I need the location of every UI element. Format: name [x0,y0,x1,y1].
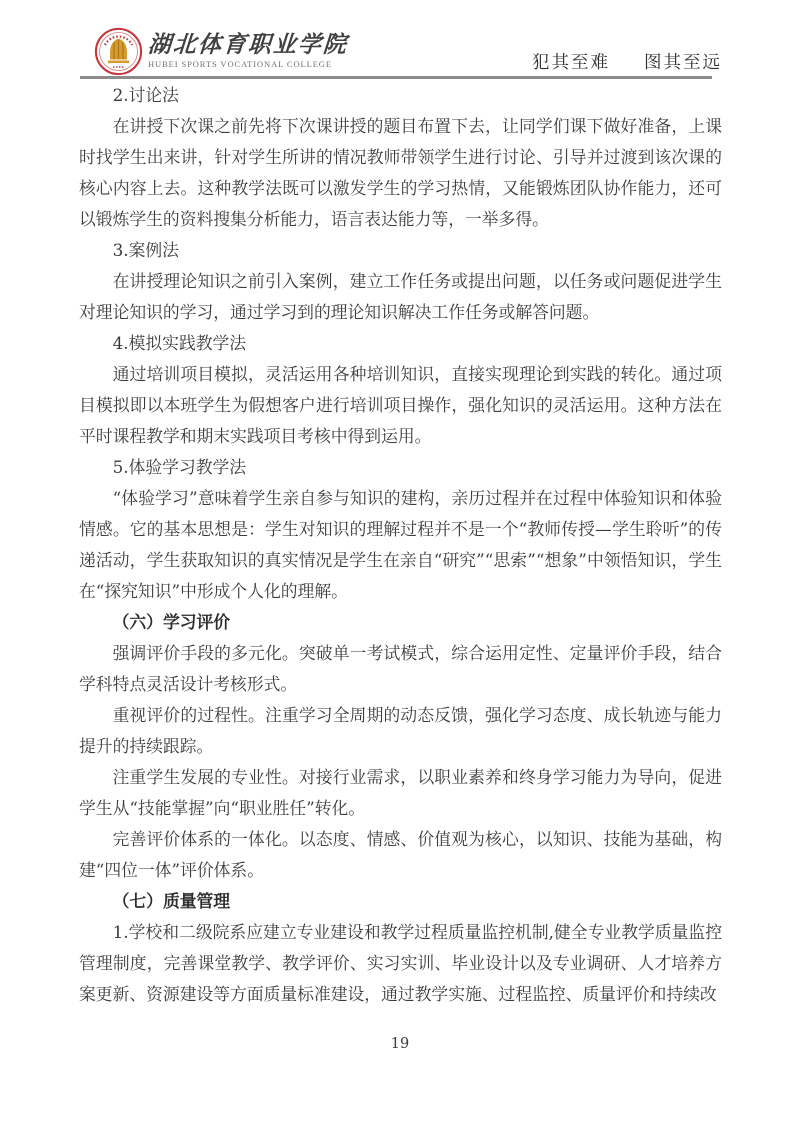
paragraph: 完善评价体系的一体化。以态度、情感、价值观为核心，以知识、技能为基础，构建“四位… [79,824,722,886]
paragraph: 在讲授理论知识之前引入案例，建立工作任务或提出问题，以任务或问题促进学生对理论知… [79,266,722,328]
page-header: 湖北体育职业学院 HUBEI SPORTS VOCATIONAL COLLEGE… [0,0,800,80]
document-page: 湖北体育职业学院 HUBEI SPORTS VOCATIONAL COLLEGE… [0,0,800,1131]
motto-right: 图其至远 [644,53,722,73]
paragraph: 1.学校和二级院系应建立专业建设和教学过程质量监控机制,健全专业教学质量监控管理… [79,917,722,1010]
page-number: 19 [391,1036,409,1052]
motto-left: 犯其至难 [532,53,610,73]
paragraph: “体验学习”意味着学生亲自参与知识的建构，亲历过程并在过程中体验知识和体验情感。… [79,483,722,607]
paragraph: 强调评价手段的多元化。突破单一考试模式，综合运用定性、定量评价手段，结合学科特点… [79,638,722,700]
paragraph: 在讲授下次课之前先将下次课讲授的题目布置下去，让同学们课下做好准备，上课时找学生… [79,111,722,235]
sub-heading: 2.讨论法 [79,80,722,111]
sub-heading: 4.模拟实践教学法 [79,328,722,359]
college-name-en: HUBEI SPORTS VOCATIONAL COLLEGE [148,59,348,69]
page-footer: 19 [0,1036,800,1052]
college-name-cn: 湖北体育职业学院 [147,31,349,58]
college-brand: 湖北体育职业学院 HUBEI SPORTS VOCATIONAL COLLEGE [148,31,348,69]
header-divider [80,76,712,79]
college-motto: 犯其至难图其至远 [532,49,722,74]
paragraph: 通过培训项目模拟，灵活运用各种培训知识，直接实现理论到实践的转化。通过项目模拟即… [79,359,722,452]
college-seal-icon [94,27,143,76]
paragraph: 重视评价的过程性。注重学习全周期的动态反馈，强化学习态度、成长轨迹与能力提升的持… [79,700,722,762]
sub-heading: 3.案例法 [79,235,722,266]
sub-heading: 5.体验学习教学法 [79,452,722,483]
section-heading: （七）质量管理 [79,886,722,917]
paragraph: 注重学生发展的专业性。对接行业需求，以职业素养和终身学习能力为导向，促进学生从“… [79,762,722,824]
section-heading: （六）学习评价 [79,607,722,638]
document-body: 2.讨论法在讲授下次课之前先将下次课讲授的题目布置下去，让同学们课下做好准备，上… [79,80,722,1010]
